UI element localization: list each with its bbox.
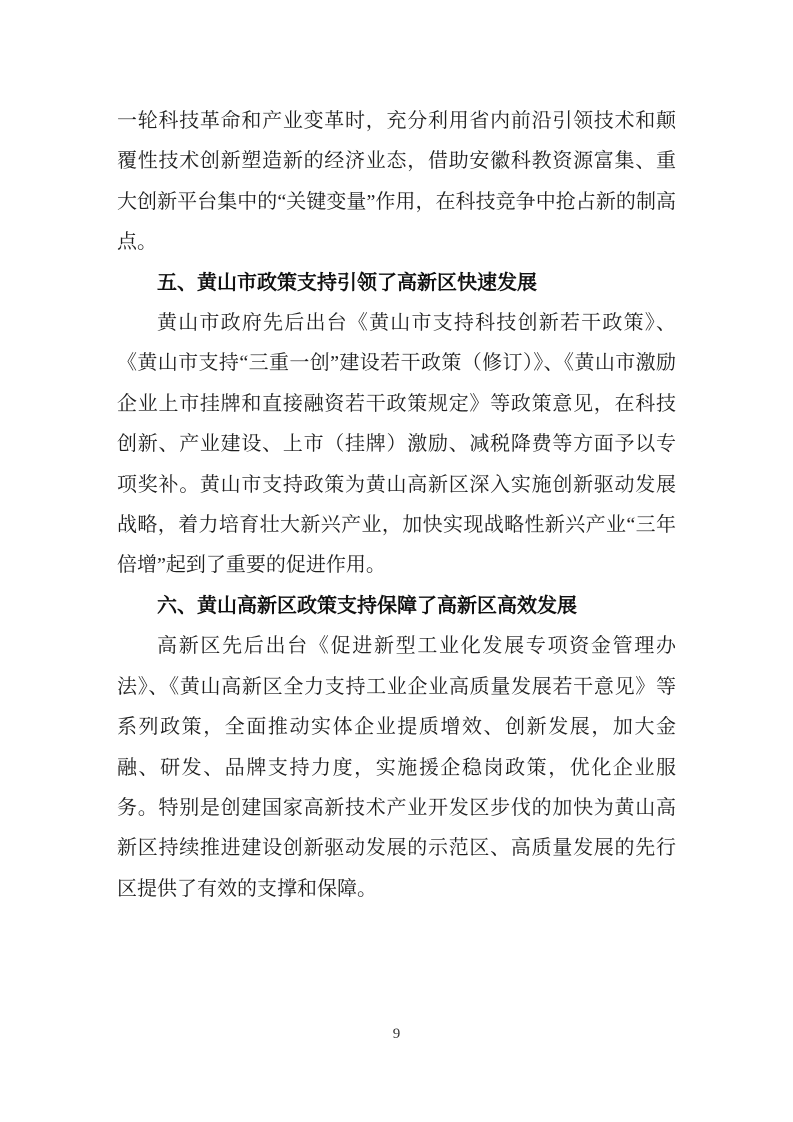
section-heading-five: 五、黄山市政策支持引领了高新区快速发展	[117, 263, 676, 303]
paragraph-hightech-zone-policy: 高新区先后出台《促进新型工业化发展专项资金管理办法》、《黄山高新区全力支持工业企…	[117, 626, 676, 909]
paragraph-continuation: 一轮科技革命和产业变革时，充分利用省内前沿引领技术和颠覆性技术创新塑造新的经济业…	[117, 101, 676, 263]
page-number: 9	[0, 1026, 793, 1043]
document-page: 一轮科技革命和产业变革时，充分利用省内前沿引领技术和颠覆性技术创新塑造新的经济业…	[0, 0, 793, 1122]
section-heading-six: 六、黄山高新区政策支持保障了高新区高效发展	[117, 586, 676, 626]
paragraph-city-policy: 黄山市政府先后出台《黄山市支持科技创新若干政策》、《黄山市支持“三重一创”建设若…	[117, 303, 676, 586]
document-body: 一轮科技革命和产业变革时，充分利用省内前沿引领技术和颠覆性技术创新塑造新的经济业…	[117, 101, 676, 909]
